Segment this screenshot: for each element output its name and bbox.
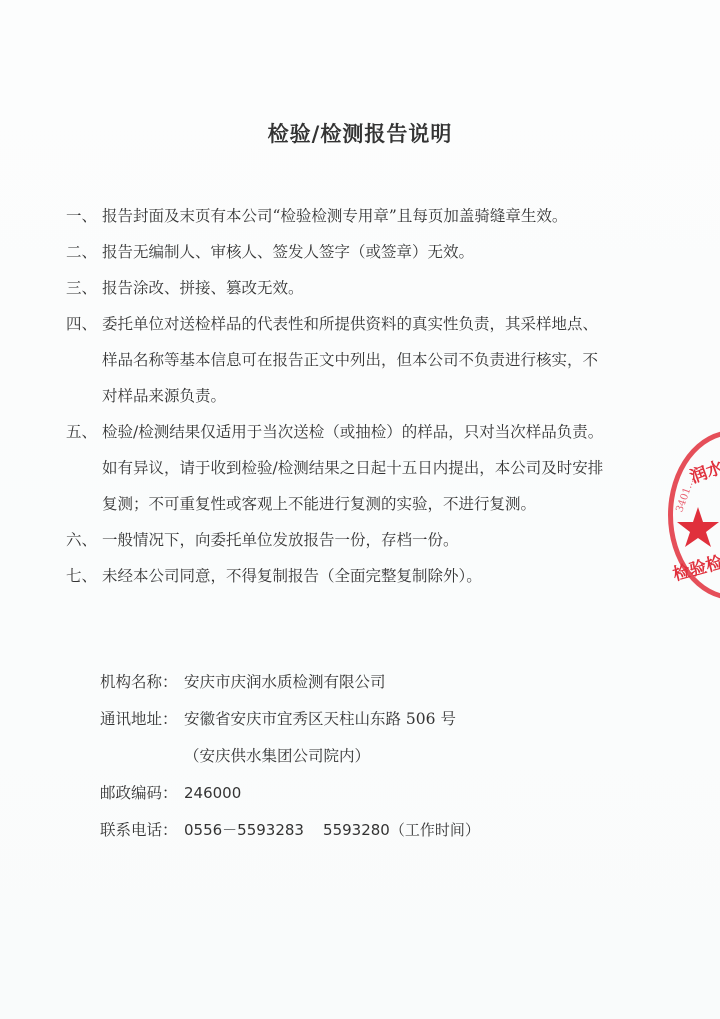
address-row: 通讯地址： 安徽省安庆市宜秀区天柱山东路 506 号 bbox=[100, 701, 480, 738]
phone-label: 联系电话： bbox=[100, 812, 184, 849]
rule-item: 七、 未经本公司同意，不得复制报告（全面完整复制除外）。 bbox=[66, 558, 686, 594]
phone-row: 联系电话： 0556－5593283 5593280（工作时间） bbox=[100, 812, 480, 849]
org-row: 机构名称： 安庆市庆润水质检测有限公司 bbox=[100, 664, 480, 701]
org-label: 机构名称： bbox=[100, 664, 184, 701]
rule-number: 三、 bbox=[66, 270, 102, 306]
contact-info: 机构名称： 安庆市庆润水质检测有限公司 通讯地址： 安徽省安庆市宜秀区天柱山东路… bbox=[100, 664, 480, 849]
rule-item: 五、 检验/检测结果仅适用于当次送检（或抽检）的样品，只对当次样品负责。 如有异… bbox=[66, 414, 686, 522]
rule-text: 样品名称等基本信息可在报告正文中列出，但本公司不负责进行核实，不 bbox=[102, 342, 686, 378]
address-value: 安徽省安庆市宜秀区天柱山东路 506 号 bbox=[184, 701, 456, 738]
rule-number: 六、 bbox=[66, 522, 102, 558]
address-note-row: （安庆供水集团公司院内） bbox=[100, 738, 480, 775]
rule-number: 二、 bbox=[66, 234, 102, 270]
postcode-row: 邮政编码： 246000 bbox=[100, 775, 480, 812]
org-value: 安庆市庆润水质检测有限公司 bbox=[184, 664, 386, 701]
rule-text: 对样品来源负责。 bbox=[102, 378, 686, 414]
rule-text: 委托单位对送检样品的代表性和所提供资料的真实性负责，其采样地点、 bbox=[102, 306, 686, 342]
rule-number: 四、 bbox=[66, 306, 102, 414]
stamp-star-icon bbox=[676, 505, 720, 549]
address-note: （安庆供水集团公司院内） bbox=[184, 738, 370, 775]
rule-text: 未经本公司同意，不得复制报告（全面完整复制除外）。 bbox=[102, 558, 686, 594]
postcode-label: 邮政编码： bbox=[100, 775, 184, 812]
rule-text: 报告涂改、拼接、篡改无效。 bbox=[102, 270, 686, 306]
rule-item: 三、 报告涂改、拼接、篡改无效。 bbox=[66, 270, 686, 306]
rule-text: 报告无编制人、审核人、签发人签字（或签章）无效。 bbox=[102, 234, 686, 270]
rule-text: 复测；不可重复性或客观上不能进行复测的实验，不进行复测。 bbox=[102, 486, 686, 522]
rule-item: 一、 报告封面及末页有本公司“检验检测专用章”且每页加盖骑缝章生效。 bbox=[66, 198, 686, 234]
rule-number: 一、 bbox=[66, 198, 102, 234]
rule-item: 二、 报告无编制人、审核人、签发人签字（或签章）无效。 bbox=[66, 234, 686, 270]
rules-list: 一、 报告封面及末页有本公司“检验检测专用章”且每页加盖骑缝章生效。 二、 报告… bbox=[66, 198, 686, 594]
rule-text: 一般情况下，向委托单位发放报告一份，存档一份。 bbox=[102, 522, 686, 558]
rule-number: 五、 bbox=[66, 414, 102, 522]
address-label: 通讯地址： bbox=[100, 701, 184, 738]
phone-value: 0556－5593283 5593280（工作时间） bbox=[184, 812, 480, 849]
postcode-value: 246000 bbox=[184, 775, 241, 812]
rule-text: 如有异议，请于收到检验/检测结果之日起十五日内提出，本公司及时安排 bbox=[102, 450, 686, 486]
rule-item: 四、 委托单位对送检样品的代表性和所提供资料的真实性负责，其采样地点、 样品名称… bbox=[66, 306, 686, 414]
document-page: 检验/检测报告说明 一、 报告封面及末页有本公司“检验检测专用章”且每页加盖骑缝… bbox=[0, 0, 720, 1019]
rule-item: 六、 一般情况下，向委托单位发放报告一份，存档一份。 bbox=[66, 522, 686, 558]
rule-number: 七、 bbox=[66, 558, 102, 594]
rule-text: 检验/检测结果仅适用于当次送检（或抽检）的样品，只对当次样品负责。 bbox=[102, 414, 686, 450]
rule-text: 报告封面及末页有本公司“检验检测专用章”且每页加盖骑缝章生效。 bbox=[102, 198, 686, 234]
document-title: 检验/检测报告说明 bbox=[0, 118, 720, 148]
